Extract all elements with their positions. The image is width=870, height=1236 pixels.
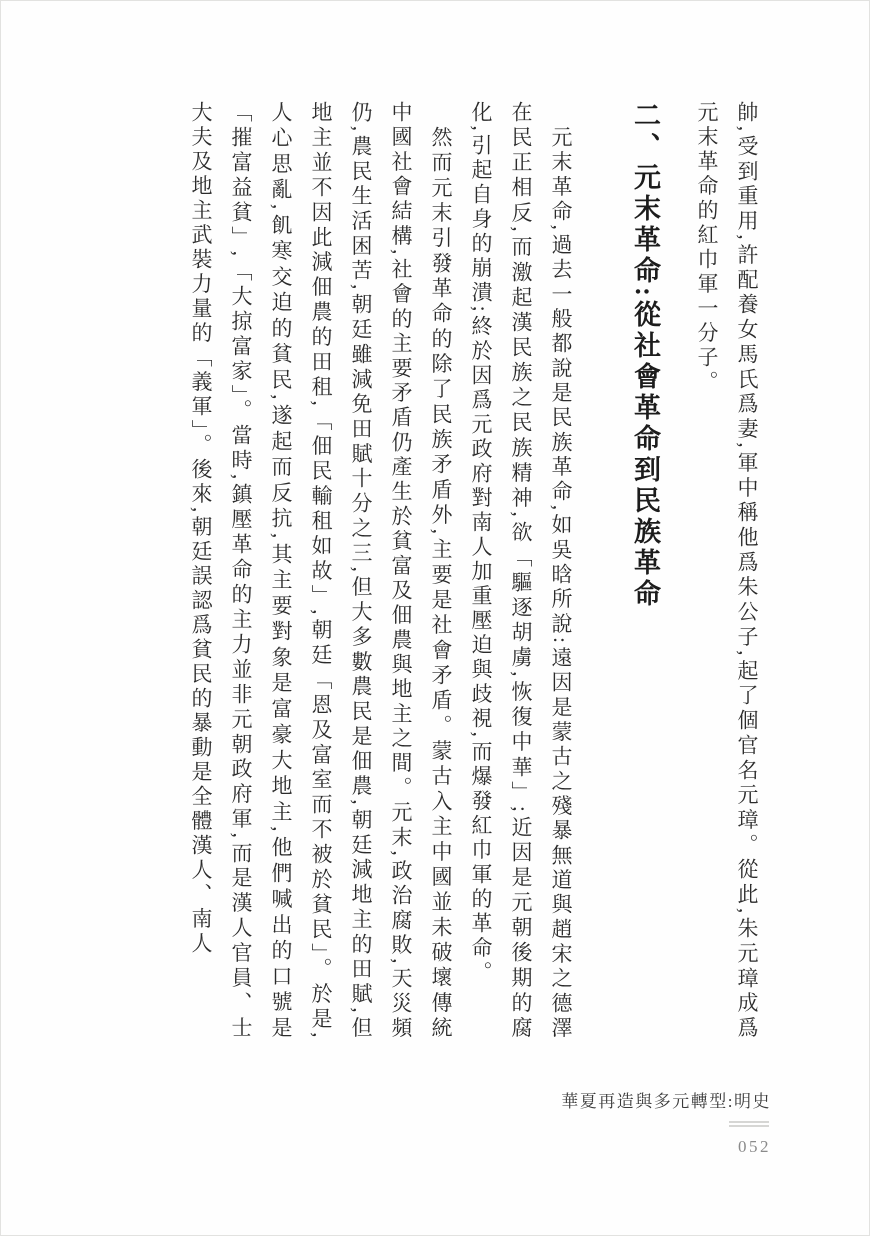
paragraph: 然而元末引發革命的除了民族矛盾外,主要是社會矛盾。蒙古入主中國並未破壞傳統中國社… — [181, 101, 461, 1041]
vertical-text-area: 帥,受到重用,許配養女馬氏爲妻,軍中稱他爲朱公子,起了個官名元璋。從此,朱元璋成… — [181, 101, 767, 1041]
footer-divider — [729, 1121, 769, 1127]
page-number: 052 — [738, 1137, 771, 1157]
paragraph: 元末革命,過去一般都說是民族革命,如吳晗所說:遠因是蒙古之殘暴無道與趙宋之德澤在… — [461, 101, 581, 1041]
book-page: 帥,受到重用,許配養女馬氏爲妻,軍中稱他爲朱公子,起了個官名元璋。從此,朱元璋成… — [0, 0, 870, 1236]
paragraph-continuation: 帥,受到重用,許配養女馬氏爲妻,軍中稱他爲朱公子,起了個官名元璋。從此,朱元璋成… — [687, 101, 767, 1041]
section-heading: 二、元末革命:從社會革命到民族革命 — [621, 101, 669, 1041]
running-footer-book-title: 華夏再造與多元轉型:明史 — [561, 1087, 771, 1112]
